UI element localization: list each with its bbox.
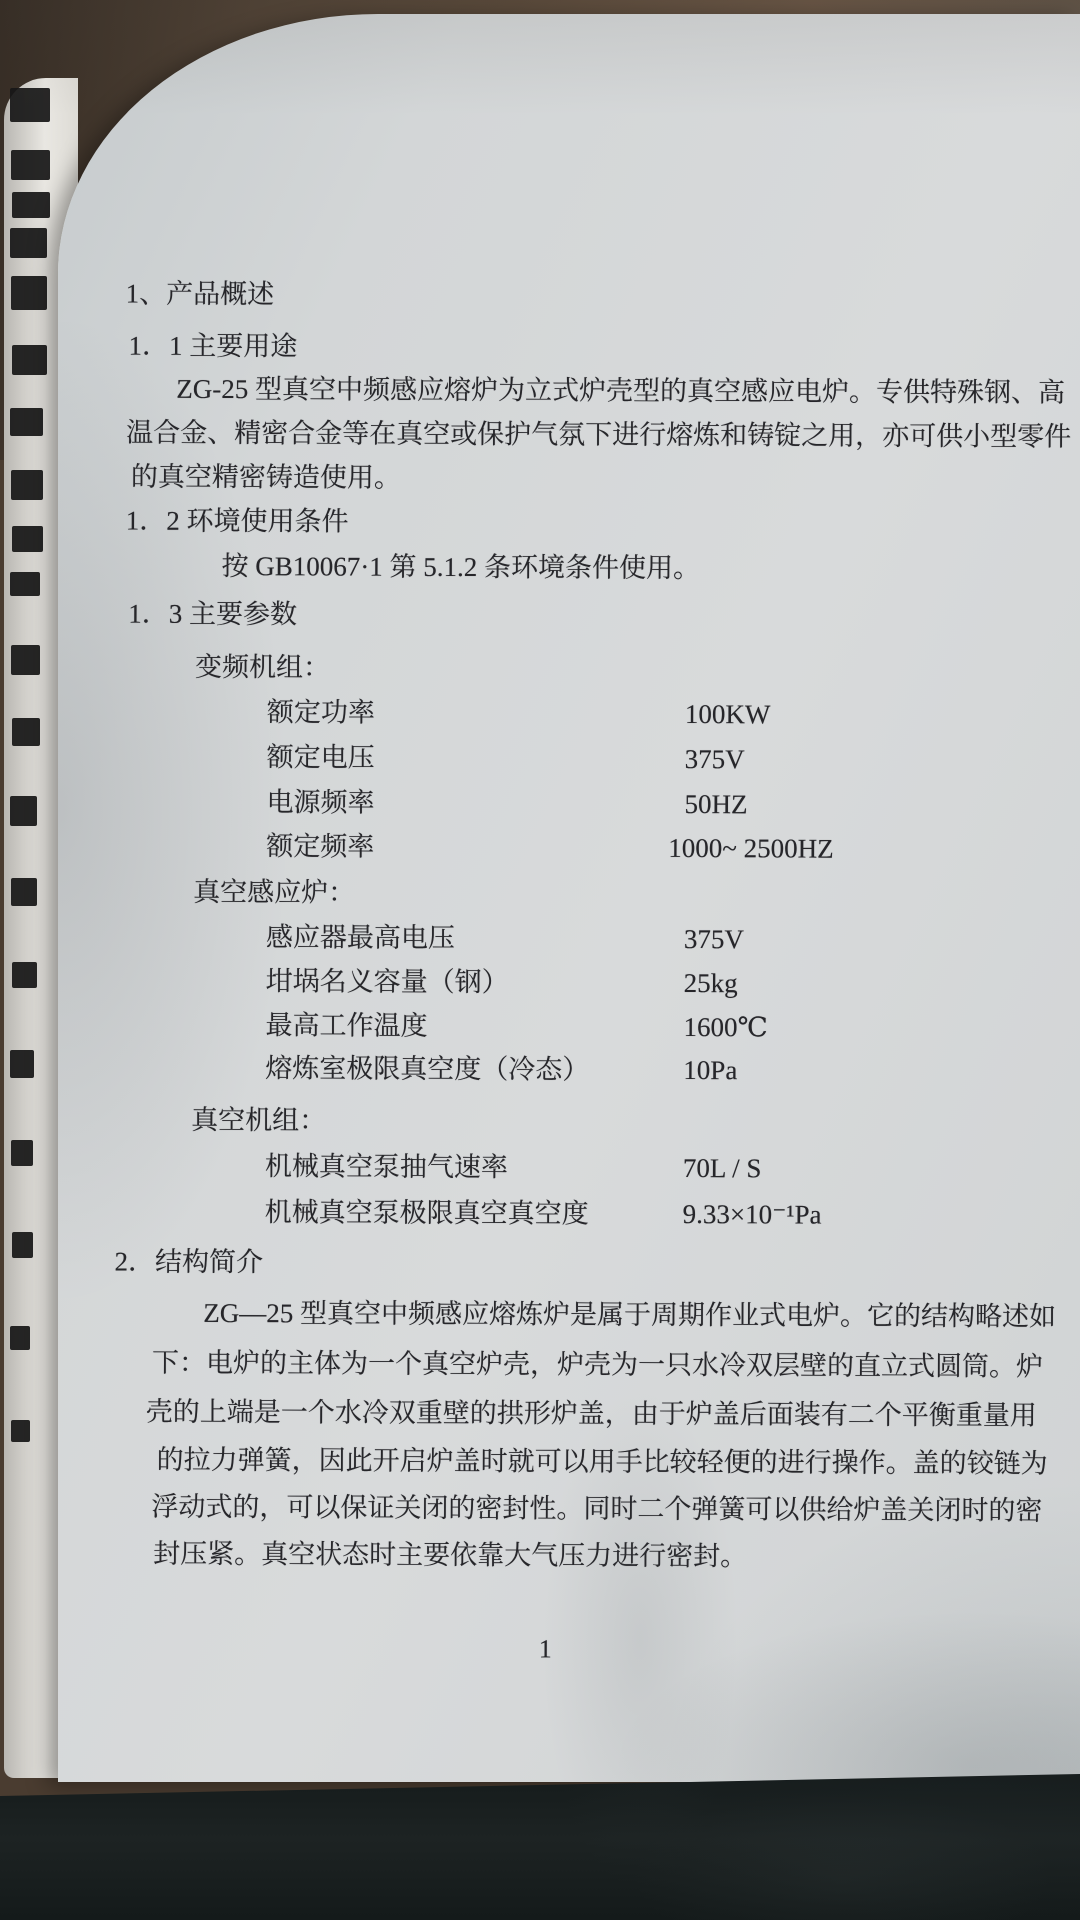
page-text-layer: 1、产品概述 1．1 主要用途 ZG-25 型真空中频感应熔炉为立式炉壳型的真空… xyxy=(0,0,1080,1920)
param-value: 375V xyxy=(685,742,745,776)
param-value: 25kg xyxy=(684,966,738,1000)
paragraph-line: 封压紧。真空状态时主要依靠大气压力进行密封。 xyxy=(153,1537,747,1574)
paragraph-line: 下：电炉的主体为一个真空炉壳，炉壳为一只水冷双层壁的直立式圆筒。炉 xyxy=(152,1346,1043,1384)
paragraph-line: ZG-25 型真空中频感应熔炉为立式炉壳型的真空感应电炉。专供特殊钢、高 xyxy=(176,372,1065,410)
param-label: 电源频率 xyxy=(266,785,374,819)
param-row: 最高工作温度 1600℃ xyxy=(0,1007,1076,1048)
paragraph-line: 壳的上端是一个水冷双重壁的拱形炉盖，由于炉盖后面装有二个平衡重量用 xyxy=(146,1395,1037,1433)
param-label: 最高工作温度 xyxy=(265,1008,427,1043)
param-row: 坩埚名义容量（钢） 25kg xyxy=(0,963,1076,1004)
paragraph-line: 温合金、精密合金等在真空或保护气氛下进行熔炼和铸锭之用，亦可供小型零件 xyxy=(126,416,1071,454)
param-label: 额定频率 xyxy=(266,829,374,863)
param-row: 机械真空泵极限真空真空度 9.33×10⁻¹Pa xyxy=(0,1194,1075,1235)
param-row: 感应器最高电压 375V xyxy=(0,919,1076,960)
param-label: 坩埚名义容量（钢） xyxy=(266,964,509,999)
param-row: 额定功率 100KW xyxy=(0,694,1077,735)
param-label: 机械真空泵极限真空真空度 xyxy=(265,1195,589,1230)
photo-of-manual-page: 1、产品概述 1．1 主要用途 ZG-25 型真空中频感应熔炉为立式炉壳型的真空… xyxy=(0,0,1080,1920)
param-value: 10Pa xyxy=(683,1053,737,1087)
param-value: 50HZ xyxy=(684,787,747,821)
param-row: 机械真空泵抽气速率 70L / S xyxy=(0,1148,1075,1189)
paragraph-line: 浮动式的，可以保证关闭的密封性。同时二个弹簧可以供给炉盖关闭时的密 xyxy=(151,1490,1042,1528)
param-row: 熔炼室极限真空度（冷态） 10Pa xyxy=(0,1050,1075,1091)
param-value: 70L / S xyxy=(683,1151,762,1185)
page-number: 1 xyxy=(539,1632,552,1666)
param-row: 额定频率 1000~ 2500HZ xyxy=(0,828,1076,869)
heading-section-1-1: 1．1 主要用途 xyxy=(128,329,297,364)
heading-section-1-2: 1．2 环境使用条件 xyxy=(126,504,349,539)
param-group-name: 变频机组： xyxy=(195,650,330,685)
environment-note: 按 GB10067·1 第 5.1.2 条环境条件使用。 xyxy=(221,549,700,585)
paragraph-line: 的真空精密铸造使用。 xyxy=(131,460,401,495)
heading-section-2: 2．结构简介 xyxy=(114,1245,263,1280)
paragraph-line: ZG—25 型真空中频感应熔炼炉是属于周期作业式电炉。它的结构略述如 xyxy=(203,1296,1056,1334)
heading-section-1-3: 1．3 主要参数 xyxy=(128,597,297,632)
param-label: 额定功率 xyxy=(267,695,375,729)
heading-section-1: 1、产品概述 xyxy=(126,277,275,312)
param-label: 熔炼室极限真空度（冷态） xyxy=(265,1051,589,1086)
param-value: 9.33×10⁻¹Pa xyxy=(683,1197,822,1232)
param-value: 375V xyxy=(684,922,744,956)
param-label: 感应器最高电压 xyxy=(266,920,455,955)
param-group-name: 真空感应炉： xyxy=(193,875,355,910)
param-label: 额定电压 xyxy=(267,740,375,774)
param-value: 1000~ 2500HZ xyxy=(668,831,834,866)
param-row: 额定电压 375V xyxy=(0,739,1077,780)
paragraph-line: 的拉力弹簧，因此开启炉盖时就可以用手比较轻便的进行操作。盖的铰链为 xyxy=(157,1443,1048,1481)
param-value: 100KW xyxy=(685,697,771,731)
param-label: 机械真空泵抽气速率 xyxy=(265,1149,508,1184)
dark-desk-object-bottom xyxy=(0,1772,1080,1920)
param-group-name: 真空机组： xyxy=(191,1103,326,1138)
param-row: 电源频率 50HZ xyxy=(0,784,1077,825)
param-value: 1600℃ xyxy=(683,1010,767,1044)
